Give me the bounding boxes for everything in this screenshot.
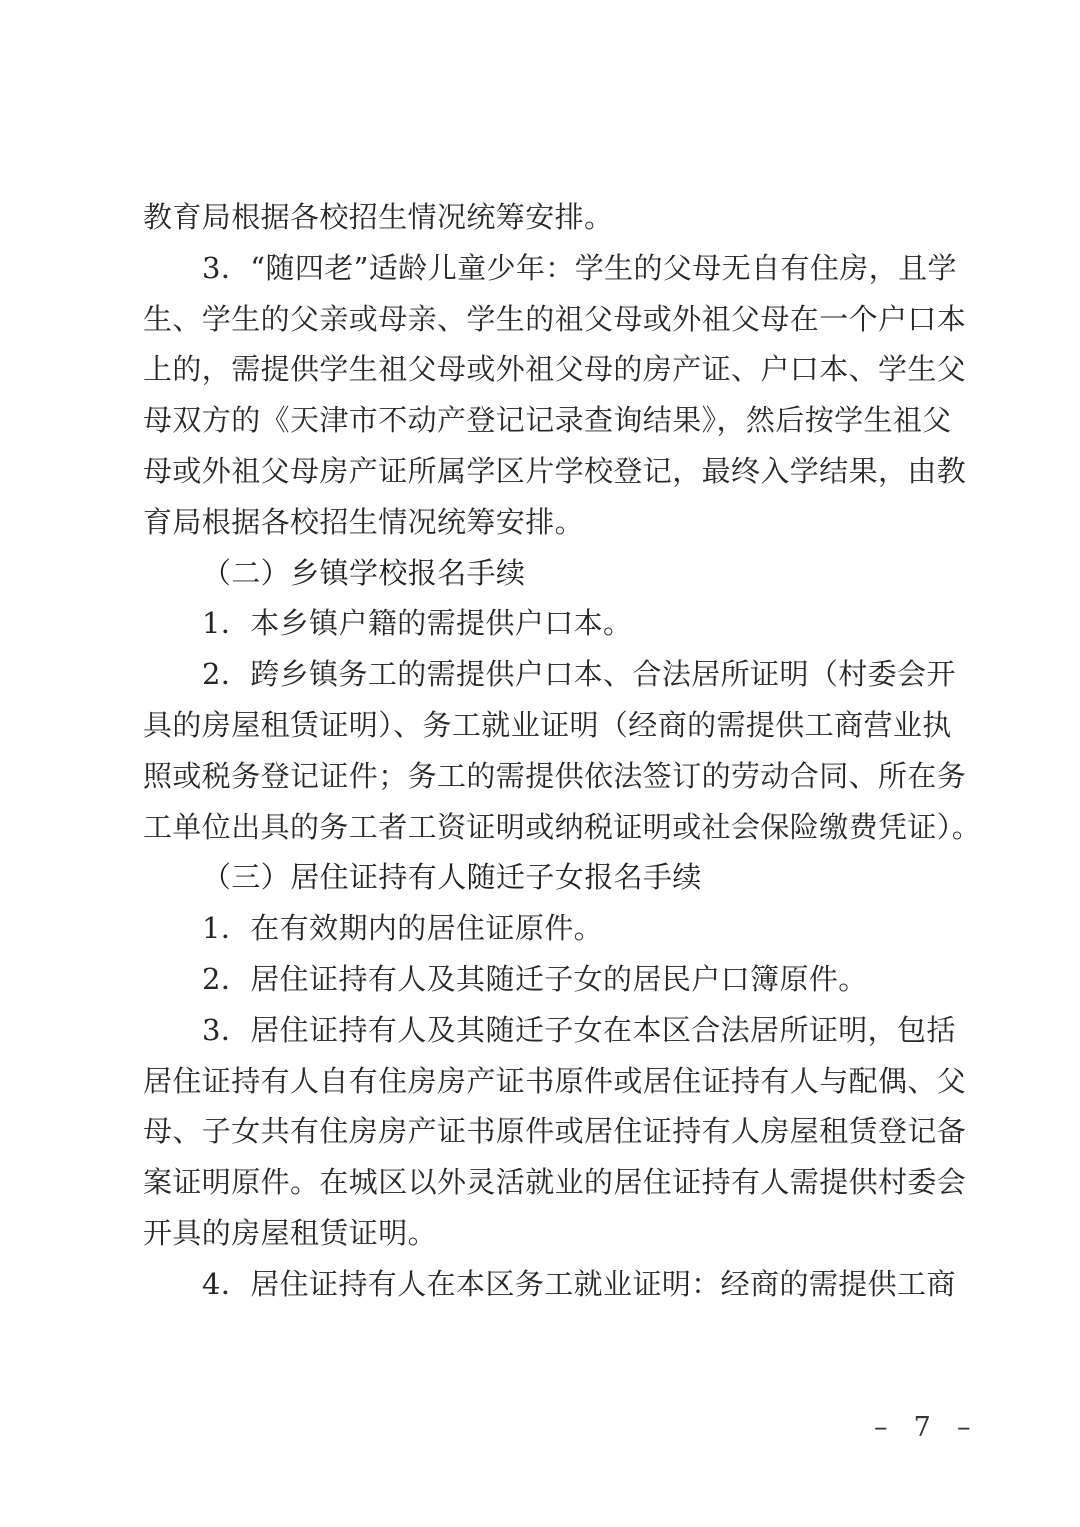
text-line: 上的，需提供学生祖父母或外祖父母的房产证、户口本、学生父 [143,344,965,395]
text-line: 2．居住证持有人及其随迁子女的居民户口簿原件。 [143,954,965,1005]
text-line: 教育局根据各校招生情况统筹安排。 [143,192,965,243]
document-page: 教育局根据各校招生情况统筹安排。3．“随四老”适龄儿童少年：学生的父母无自有住房… [0,0,1080,1527]
text-line: 3．“随四老”适龄儿童少年：学生的父母无自有住房，且学 [143,243,965,294]
text-line: 2．跨乡镇务工的需提供户口本、合法居所证明（村委会开 [143,649,965,700]
text-line: 案证明原件。在城区以外灵活就业的居住证持有人需提供村委会 [143,1157,965,1208]
page-number: – 7 – [874,1408,974,1448]
section-heading: （二）乡镇学校报名手续 [143,548,965,599]
text-line: 母或外祖父母房产证所属学区片学校登记，最终入学结果，由教 [143,446,965,497]
text-line: 生、学生的父亲或母亲、学生的祖父母或外祖父母在一个户口本 [143,294,965,345]
document-body: 教育局根据各校招生情况统筹安排。3．“随四老”适龄儿童少年：学生的父母无自有住房… [143,192,965,1310]
text-line: 工单位出具的务工者工资证明或纳税证明或社会保险缴费凭证）。 [143,802,965,853]
text-line: 照或税务登记证件；务工的需提供依法签订的劳动合同、所在务 [143,751,965,802]
text-line: 4．居住证持有人在本区务工就业证明：经商的需提供工商 [143,1259,965,1310]
text-line: 开具的房屋租赁证明。 [143,1208,965,1259]
text-line: 3．居住证持有人及其随迁子女在本区合法居所证明，包括 [143,1005,965,1056]
text-line: 母双方的《天津市不动产登记记录查询结果》，然后按学生祖父 [143,395,965,446]
text-line: 母、子女共有住房房产证书原件或居住证持有人房屋租赁登记备 [143,1106,965,1157]
text-line: 育局根据各校招生情况统筹安排。 [143,497,965,548]
text-line: 具的房屋租赁证明）、务工就业证明（经商的需提供工商营业执 [143,700,965,751]
text-line: 居住证持有人自有住房房产证书原件或居住证持有人与配偶、父 [143,1056,965,1107]
text-line: 1．在有效期内的居住证原件。 [143,903,965,954]
section-heading: （三）居住证持有人随迁子女报名手续 [143,852,965,903]
text-line: 1．本乡镇户籍的需提供户口本。 [143,598,965,649]
